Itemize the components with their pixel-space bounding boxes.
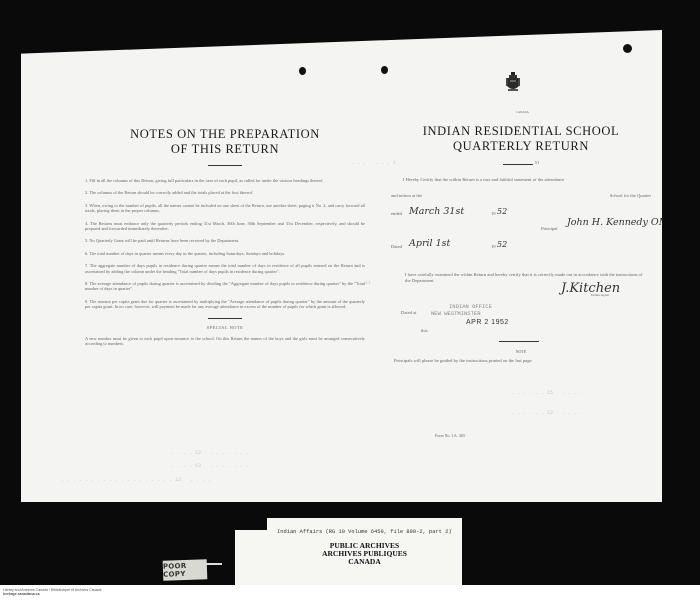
dated-handwritten: April 1st <box>409 238 450 249</box>
dated-year-prefix: 19 <box>491 244 496 249</box>
note-text: Principals will please be guided by the … <box>391 358 651 363</box>
ended-date-handwritten: March 31st <box>409 206 464 217</box>
principal-signature: John H. Kennedy OMI <box>567 217 672 228</box>
note-7: 7. The aggregate number of days pupils i… <box>85 263 365 274</box>
dated-at-label: Dated at <box>401 310 416 315</box>
poor-copy-tag: POOR COPY <box>163 559 208 581</box>
footer-line2: heritage.canadiana.ca <box>3 592 101 596</box>
note-divider <box>499 341 539 342</box>
ended-year-handwritten: 52 <box>497 207 507 216</box>
stamp-block: INDIAN OFFICE Dated at NEW WESTMINSTER A… <box>391 299 651 339</box>
note-1: 1. Fill in all the columns of this Retur… <box>85 178 365 183</box>
note-3: 3. When, owing to the number of pupils, … <box>85 203 365 214</box>
return-column: CANADA INDIAN RESIDENTIAL SCHOOL QUARTER… <box>391 80 651 438</box>
principal-line: Principal John H. Kennedy OMI <box>391 220 651 234</box>
school-quarter-label: School for the Quarter <box>610 193 651 198</box>
archive-stamp: PUBLIC ARCHIVES ARCHIVES PUBLIQUES CANAD… <box>267 542 462 566</box>
dated-line: Dated April 1st 19 52 <box>391 238 651 254</box>
notes-title-line2: OF THIS RETURN <box>85 142 365 157</box>
and-tuition-label: and tuition at the <box>391 193 422 198</box>
stamp-location: NEW WESTMINSTER <box>431 310 481 317</box>
dated-year-handwritten: 52 <box>497 240 507 249</box>
note-5: 5. No Quarterly Grant will be paid until… <box>85 238 365 243</box>
note-heading: NOTE <box>391 349 651 354</box>
ended-label: ended <box>391 211 402 216</box>
punch-hole <box>623 44 632 53</box>
microfilm-scan: . . . . . . . 1 . . . . 11 . . . . . . 1… <box>0 0 700 585</box>
special-note-heading: SPECIAL NOTE <box>85 325 365 330</box>
crest-caption: CANADA <box>516 110 529 114</box>
principal-label: Principal <box>541 226 558 231</box>
special-note-divider <box>208 318 242 319</box>
return-number: 51 <box>535 160 540 165</box>
poor-copy-text: POOR COPY <box>163 561 208 579</box>
note-8: 8. The average attendance of pupils duri… <box>85 281 365 292</box>
title-divider <box>208 165 242 166</box>
canada-coat-of-arms-icon <box>505 72 521 94</box>
bleed-through-text: . . . . 13 . . . . . . . <box>171 463 249 469</box>
stamp-office: INDIAN OFFICE <box>449 303 492 310</box>
agent-signature-block: J.Kitchen Indian Agent <box>391 283 651 299</box>
special-note-text: A new number must be given to each pupil… <box>85 336 365 347</box>
archive-label: Indian Affairs (RG 10 Volume 6459, file … <box>267 518 462 585</box>
note-4: 4. The Returns must embrace only the qua… <box>85 221 365 232</box>
archive-stamp-line3: CANADA <box>267 558 462 566</box>
return-number-row: 51 <box>391 160 651 165</box>
document-page: . . . . . . . 1 . . . . 11 . . . . . . 1… <box>21 30 662 502</box>
bleed-through-text: . . . . 12 . . . . . . . <box>171 450 249 456</box>
note-9: 9. The amount per capita grant due for q… <box>85 299 365 310</box>
archive-reference: Indian Affairs (RG 10 Volume 6459, file … <box>277 529 462 535</box>
school-line: and tuition at the School for the Quarte… <box>391 193 651 198</box>
return-title-line2: QUARTERLY RETURN <box>391 139 651 154</box>
note-6: 6. The total number of days in quarter m… <box>85 251 365 256</box>
archive-label-tab <box>235 530 267 585</box>
note-2: 2. The columns of the Return should be c… <box>85 190 365 195</box>
punch-hole <box>381 66 388 74</box>
return-number-line <box>503 164 533 165</box>
stamp-date: APR 2 1952 <box>466 319 509 326</box>
return-title-line1: INDIAN RESIDENTIAL SCHOOL <box>391 124 651 139</box>
punch-hole <box>299 67 306 75</box>
certify-statement: I Hereby Certify that the within Return … <box>391 177 651 182</box>
dated-label: Dated <box>391 244 402 249</box>
bleed-through-text: . . . . . . . . . . . . . . . . . . . 13… <box>61 477 211 483</box>
footer-credit: Library and Archives Canada / Bibliothèq… <box>3 588 101 596</box>
agent-title: Indian Agent <box>591 293 609 297</box>
form-number: Form No. I.A. 403 <box>391 433 651 438</box>
notes-title-line1: NOTES ON THE PREPARATION <box>85 127 365 142</box>
this-label: this <box>421 328 428 333</box>
ended-year-prefix: 19 <box>491 211 496 216</box>
notes-column: NOTES ON THE PREPARATION OF THIS RETURN … <box>85 127 365 354</box>
